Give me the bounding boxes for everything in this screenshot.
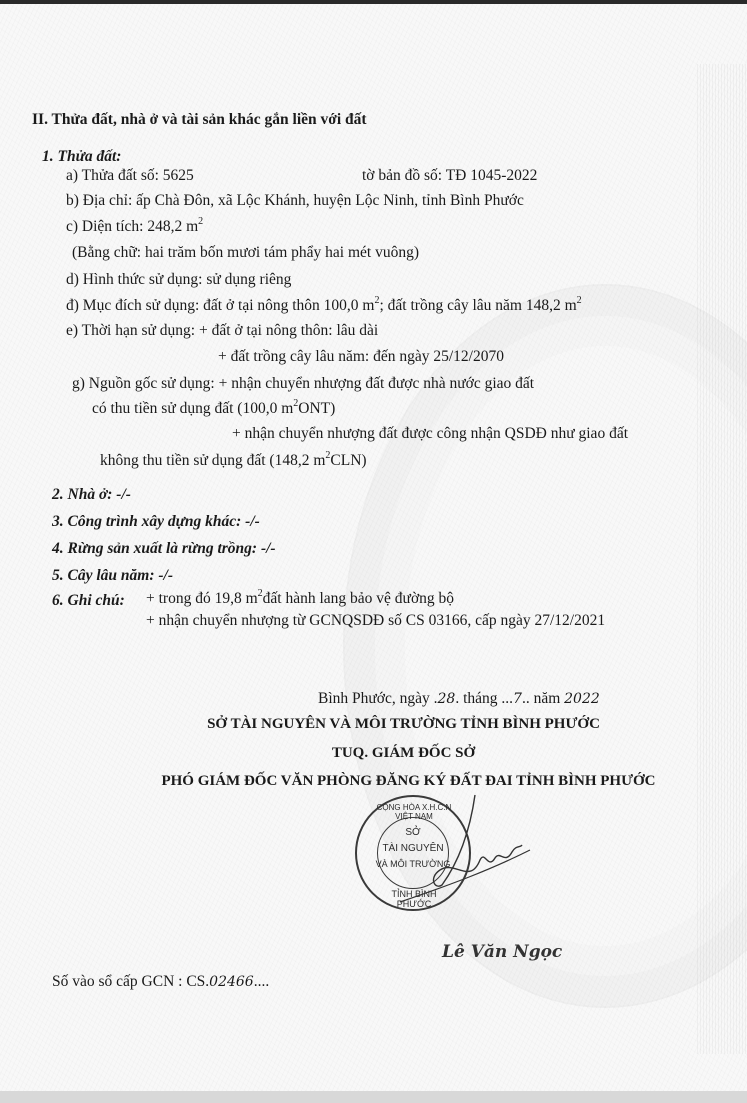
map-sheet-label: tờ bản đồ số: (362, 167, 442, 184)
authority-line: TUQ. GIÁM ĐỐC SỞ (0, 744, 747, 762)
address: b) Địa chỉ: ấp Chà Đôn, xã Lộc Khánh, hu… (66, 192, 524, 210)
issue-date: Bình Phước, ngày .28. tháng ...7.. năm 2… (318, 690, 600, 708)
other-construction-item: 3. Công trình xây dựng khác: -/- (52, 513, 260, 531)
issue-month: 7 (513, 691, 522, 707)
signer-name: Lê Văn Ngọc (442, 942, 562, 962)
area-value: 248,2 m (147, 218, 198, 235)
area-row: c) Diện tích: 248,2 m2 (66, 218, 203, 236)
parcel-number-value: 5625 (163, 167, 194, 184)
usage-purpose: đ) Mục đích sử dụng: đất ở tại nông thôn… (66, 297, 582, 315)
map-sheet-value: TĐ 1045-2022 (446, 167, 538, 184)
house-item: 2. Nhà ở: -/- (52, 486, 131, 504)
forest-item: 4. Rừng sản xuất là rừng trồng: -/- (52, 540, 276, 558)
parcel-number-row: a) Thửa đất số: 5625 (66, 167, 194, 185)
area-label: c) Diện tích: (66, 218, 143, 235)
issue-year: 2022 (564, 691, 600, 707)
notes-line2: + nhận chuyển nhượng từ GCNQSDĐ số CS 03… (146, 612, 605, 630)
notes-label: 6. Ghi chú: (52, 592, 125, 610)
usage-term-line1: e) Thời hạn sử dụng: + đất ở tại nông th… (66, 322, 378, 340)
notes-line1: + trong đó 19,8 m2đất hành lang bảo vệ đ… (146, 590, 454, 608)
section-title: II. Thửa đất, nhà ở và tài sản khác gắn … (32, 111, 367, 129)
origin-line4: không thu tiền sử dụng đất (148,2 m2CLN) (100, 452, 367, 470)
usage-term-line2: + đất trồng cây lâu năm: đến ngày 25/12/… (218, 348, 504, 366)
origin-line1: g) Nguồn gốc sử dụng: + nhận chuyển nhượ… (72, 375, 534, 393)
scan-bottom-edge (0, 1091, 747, 1103)
issuing-organization: SỞ TÀI NGUYÊN VÀ MÔI TRƯỜNG TỈNH BÌNH PH… (0, 715, 747, 733)
security-pattern-band (697, 64, 747, 1054)
origin-line3: + nhận chuyển nhượng đất được công nhận … (232, 425, 628, 443)
usage-form: d) Hình thức sử dụng: sử dụng riêng (66, 271, 291, 289)
map-sheet-row: tờ bản đồ số: TĐ 1045-2022 (362, 167, 537, 185)
area-in-words: (Bằng chữ: hai trăm bốn mươi tám phẩy ha… (72, 244, 419, 262)
handwritten-signature (380, 790, 540, 910)
land-heading: 1. Thửa đất: (42, 148, 121, 166)
origin-line2: có thu tiền sử dụng đất (100,0 m2ONT) (92, 400, 335, 418)
registry-number: Số vào sổ cấp GCN : CS.02466.... (52, 973, 269, 991)
signer-position: PHÓ GIÁM ĐỐC VĂN PHÒNG ĐĂNG KÝ ĐẤT ĐAI T… (0, 772, 747, 790)
issue-day: 28 (438, 691, 456, 707)
perennial-item: 5. Cây lâu năm: -/- (52, 567, 173, 585)
parcel-number-label: a) Thửa đất số: (66, 167, 159, 184)
